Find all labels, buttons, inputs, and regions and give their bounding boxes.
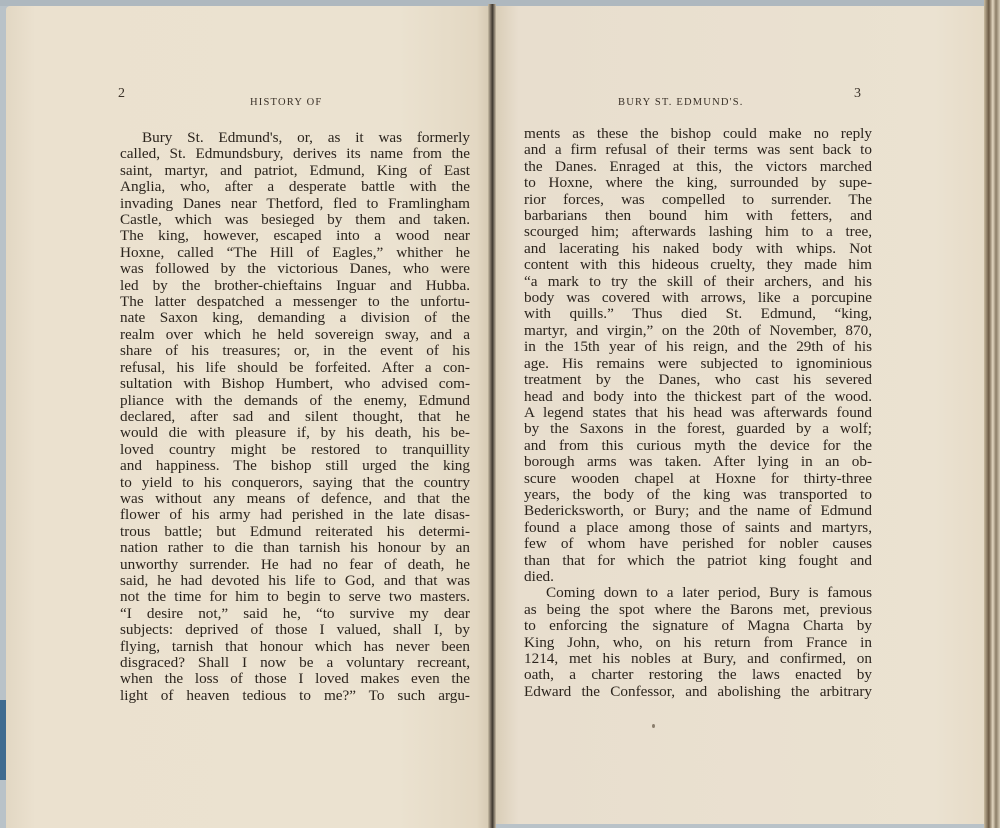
right-page-body: ments as these the bishop could make no … (524, 126, 872, 700)
text-line: flying, tarnish that honour which has ne… (120, 639, 470, 655)
text-line: led by the brother-chieftains Inguar and… (120, 278, 470, 294)
text-line: The latter despatched a messenger to the… (120, 294, 470, 310)
text-line: the Danes. Enraged at this, the victors … (524, 159, 872, 175)
text-line: nate Saxon king, demanding a division of… (120, 310, 470, 326)
text-line: ments as these the bishop could make no … (524, 126, 872, 142)
text-line: treatment by the Danes, who cast his sev… (524, 372, 872, 388)
text-line: flower of his army had perished in the l… (120, 507, 470, 523)
text-line: loved country might be restored to tranq… (120, 442, 470, 458)
text-line: Edward the Confessor, and abolishing the… (524, 684, 872, 700)
text-line: saint, martyr, and patriot, Edmund, King… (120, 163, 470, 179)
text-line: “I desire not,” said he, “to survive my … (120, 606, 470, 622)
text-line: 1214, met his nobles at Bury, and confir… (524, 651, 872, 667)
text-line: Anglia, who, after a desperate battle wi… (120, 179, 470, 195)
text-line: died. (524, 569, 872, 585)
text-line: said, he had devoted his life to God, an… (120, 573, 470, 589)
text-line: in the 15th year of his reign, and the 2… (524, 339, 872, 355)
paper-speck (652, 724, 655, 728)
text-line: A legend states that his head was afterw… (524, 405, 872, 421)
text-line: and a firm refusal of their terms was se… (524, 142, 872, 158)
text-line: disgraced? Shall I now be a voluntary re… (120, 655, 470, 671)
text-line: rior forces, was compelled to surrender.… (524, 192, 872, 208)
text-line: pliance with the demands of the enemy, E… (120, 393, 470, 409)
text-line: head and body into the thickest part of … (524, 389, 872, 405)
text-line: nation rather to die than tarnish his ho… (120, 540, 470, 556)
text-line: and happiness. The bishop still urged th… (120, 458, 470, 474)
text-line: as being the spot where the Barons met, … (524, 602, 872, 618)
text-line: barbarians then bound him with fetters, … (524, 208, 872, 224)
text-line: content with this hideous cruelty, they … (524, 257, 872, 273)
text-line: subjects: deprived of those I valued, sh… (120, 622, 470, 638)
text-line: realm over which he held sovereign sway,… (120, 327, 470, 343)
text-line: King John, who, on his return from Franc… (524, 635, 872, 651)
text-line: unworthy surrender. He had no fear of de… (120, 557, 470, 573)
scan-background-edge (0, 700, 6, 780)
text-line: trous battle; but Edmund reiterated his … (120, 524, 470, 540)
text-line: refusal, his life should be forfeited. A… (120, 360, 470, 376)
text-line: martyr, and virgin,” on the 20th of Nove… (524, 323, 872, 339)
text-line: Bury St. Edmund's, or, as it was formerl… (120, 130, 470, 146)
text-line: scourged him; afterwards lashing him to … (524, 224, 872, 240)
text-line: and lacerating his naked body with whips… (524, 241, 872, 257)
left-page-body: Bury St. Edmund's, or, as it was formerl… (120, 130, 470, 704)
text-line: borough arms was taken. After lying in a… (524, 454, 872, 470)
text-line: not the time for him to begin to serve t… (120, 589, 470, 605)
text-line: was without any means of defence, and th… (120, 491, 470, 507)
right-running-head: BURY ST. EDMUND'S. (618, 97, 744, 108)
text-line: to enforcing the signature of Magna Char… (524, 618, 872, 634)
text-line: when the loss of those I loved makes eve… (120, 671, 470, 687)
right-page: BURY ST. EDMUND'S. 3 ments as these the … (494, 6, 984, 824)
right-page-number: 3 (854, 86, 861, 102)
text-line: and from this curious myth the device fo… (524, 438, 872, 454)
text-line: would die with pleasure if, by his death… (120, 425, 470, 441)
text-line: sultation with Bishop Humbert, who advis… (120, 376, 470, 392)
text-line: called, St. Edmundsbury, derives its nam… (120, 146, 470, 162)
text-line: body was covered with arrows, like a por… (524, 290, 872, 306)
text-line: to yield to his conquerors, saying that … (120, 475, 470, 491)
book-gutter (488, 4, 496, 828)
left-page-number: 2 (118, 86, 125, 102)
left-page: 2 HISTORY OF Bury St. Edmund's, or, as i… (6, 6, 496, 828)
text-line: oath, a charter restoring the laws enact… (524, 667, 872, 683)
text-line: invading Danes near Thetford, fled to Fr… (120, 196, 470, 212)
text-line: Hoxne, called “The Hill of Eagles,” whit… (120, 245, 470, 261)
text-line: to Hoxne, where the king, surrounded by … (524, 175, 872, 191)
text-line: age. His remains were subjected to ignom… (524, 356, 872, 372)
text-line: than that for which the patriot king fou… (524, 553, 872, 569)
text-line: share of his treasures; or, in the event… (120, 343, 470, 359)
text-line: “a mark to try the skill of their archer… (524, 274, 872, 290)
text-line: found a place among those of saints and … (524, 520, 872, 536)
text-line: The king, however, escaped into a wood n… (120, 228, 470, 244)
left-running-head: HISTORY OF (250, 97, 322, 108)
text-line: scure wooden chapel at Hoxne for thirty-… (524, 471, 872, 487)
text-line: declared, after sad and silent thought, … (120, 409, 470, 425)
text-line: few of whom have perished for nobler cau… (524, 536, 872, 552)
text-line: Bedericksworth, or Bury; and the name of… (524, 503, 872, 519)
text-line: was followed by the victorious Danes, wh… (120, 261, 470, 277)
text-line: Coming down to a later period, Bury is f… (524, 585, 872, 601)
text-line: by the Saxons in the forest, guarded by … (524, 421, 872, 437)
book-fore-edge (984, 0, 1000, 828)
text-line: years, the body of the king was transpor… (524, 487, 872, 503)
text-line: light of heaven tedious to me?” To such … (120, 688, 470, 704)
text-line: Castle, which was besieged by them and t… (120, 212, 470, 228)
text-line: with quills.” Thus died St. Edmund, “kin… (524, 306, 872, 322)
